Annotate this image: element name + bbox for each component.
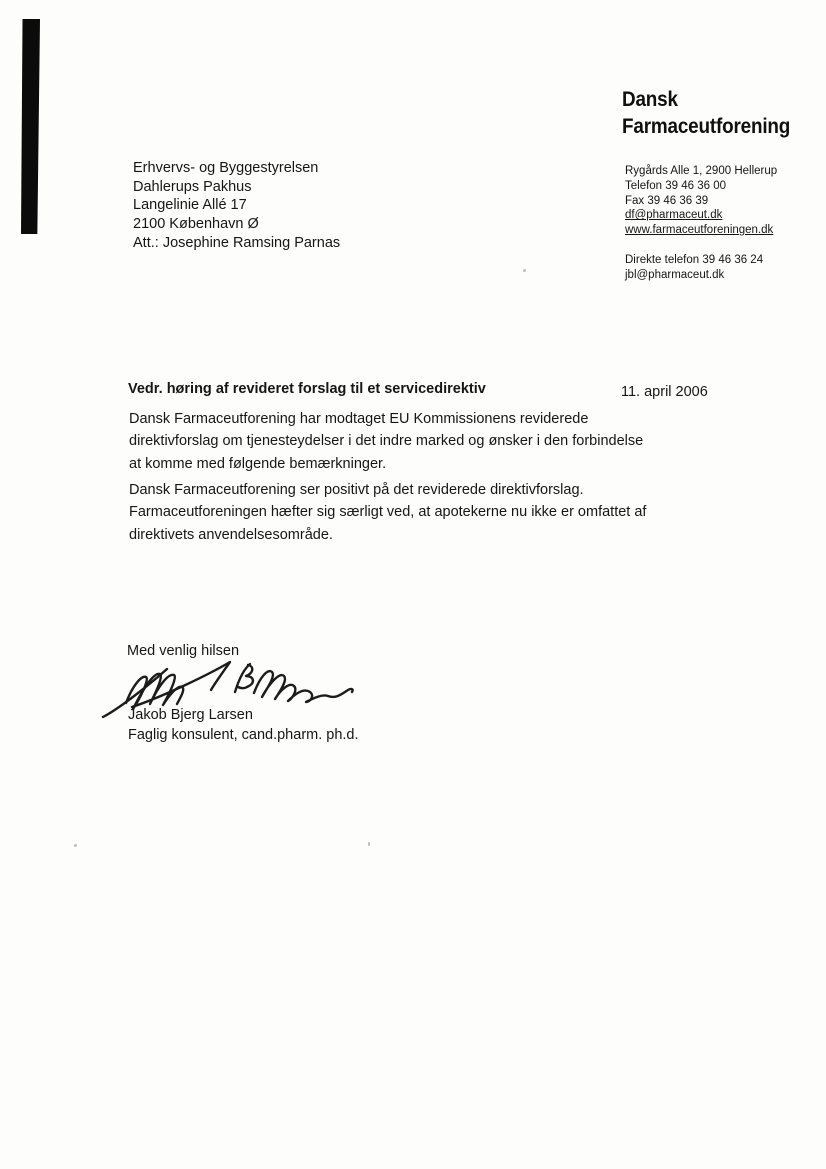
scan-speck <box>74 844 77 847</box>
letter-date: 11. april 2006 <box>621 384 708 400</box>
sender-address: Rygårds Alle 1, 2900 Hellerup <box>625 164 777 179</box>
recipient-line: Langelinie Allé 17 <box>133 196 340 215</box>
recipient-line: Att.: Josephine Ramsing Parnas <box>133 234 340 253</box>
logo-line-2: Farmaceutforening <box>622 113 790 140</box>
logo-line-1: Dansk <box>622 86 790 113</box>
signer-title: Faglig konsulent, cand.pharm. ph.d. <box>128 726 359 746</box>
scan-artifact-bar <box>21 19 40 234</box>
signer-name: Jakob Bjerg Larsen <box>128 706 359 726</box>
body-paragraph: Dansk Farmaceutforening ser positivt på … <box>129 479 649 546</box>
spacer <box>625 238 777 253</box>
body-paragraph: Dansk Farmaceutforening har modtaget EU … <box>129 408 649 475</box>
recipient-line: Erhvervs- og Byggestyrelsen <box>133 159 340 178</box>
sender-website: www.farmaceutforeningen.dk <box>625 223 777 238</box>
signature-block: Jakob Bjerg Larsen Faglig konsulent, can… <box>128 706 359 745</box>
sender-direct-phone: Direkte telefon 39 46 36 24 <box>625 253 777 268</box>
recipient-line: Dahlerups Pakhus <box>133 178 340 197</box>
recipient-address-block: Erhvervs- og Byggestyrelsen Dahlerups Pa… <box>133 159 340 253</box>
scanned-letter-page: Dansk Farmaceutforening Erhvervs- og Byg… <box>0 0 826 1169</box>
sender-direct-email: jbl@pharmaceut.dk <box>625 268 777 283</box>
sender-email: df@pharmaceut.dk <box>625 208 777 223</box>
scan-speck <box>368 842 370 846</box>
sender-fax: Fax 39 46 36 39 <box>625 194 777 209</box>
scan-speck <box>523 269 526 272</box>
sender-phone: Telefon 39 46 36 00 <box>625 179 777 194</box>
recipient-line: 2100 København Ø <box>133 215 340 234</box>
subject-line: Vedr. høring af revideret forslag til et… <box>128 381 486 397</box>
sender-contact-block: Rygårds Alle 1, 2900 Hellerup Telefon 39… <box>625 164 777 283</box>
org-logo: Dansk Farmaceutforening <box>622 86 790 140</box>
